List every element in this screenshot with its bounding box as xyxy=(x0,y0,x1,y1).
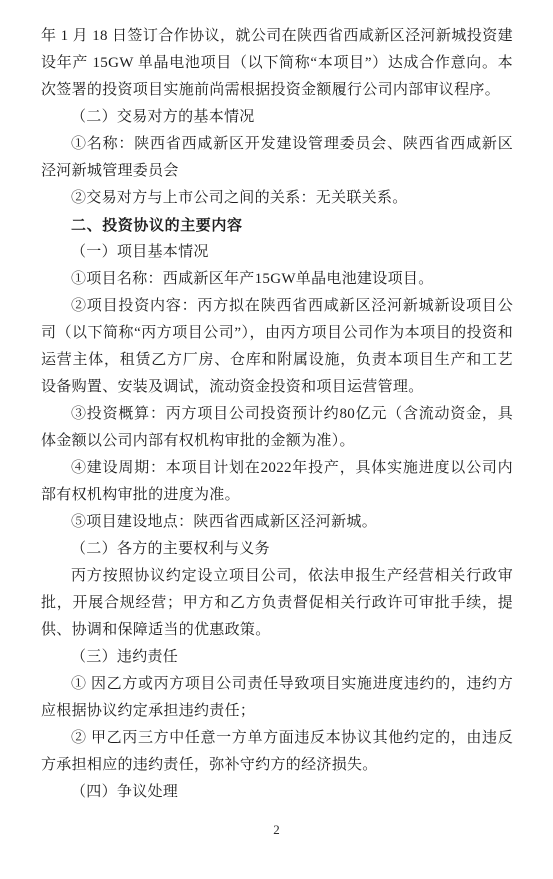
section-heading: 二、投资协议的主要内容 xyxy=(41,212,513,239)
subsection-heading: （一）项目基本情况 xyxy=(41,239,513,266)
paragraph: ① 因乙方或丙方项目公司责任导致项目实施进度违约的，违约方应根据协议约定承担违约… xyxy=(41,671,513,725)
paragraph-continuation: 年 1 月 18 日签订合作协议，就公司在陕西省西咸新区泾河新城投资建设年产 1… xyxy=(41,23,513,104)
subsection-heading: （三）违约责任 xyxy=(41,644,513,671)
paragraph: ①项目名称：西咸新区年产15GW单晶电池建设项目。 xyxy=(41,266,513,293)
paragraph: ② 甲乙丙三方中任意一方单方面违反本协议其他约定的，由违反方承担相应的违约责任，… xyxy=(41,725,513,779)
paragraph: 丙方按照协议约定设立项目公司，依法申报生产经营相关行政审批，开展合规经营；甲方和… xyxy=(41,563,513,644)
subsection-heading: （二）各方的主要权利与义务 xyxy=(41,536,513,563)
paragraph: ④建设周期：本项目计划在2022年投产，具体实施进度以公司内部有权机构审批的进度… xyxy=(41,455,513,509)
paragraph: ①名称：陕西省西咸新区开发建设管理委员会、陕西省西咸新区泾河新城管理委员会 xyxy=(41,131,513,185)
document-body: 年 1 月 18 日签订合作协议，就公司在陕西省西咸新区泾河新城投资建设年产 1… xyxy=(41,23,513,806)
page-number: 2 xyxy=(0,822,553,838)
paragraph: ②项目投资内容：丙方拟在陕西省西咸新区泾河新城新设项目公司（以下简称“丙方项目公… xyxy=(41,293,513,401)
subsection-heading: （四）争议处理 xyxy=(41,779,513,806)
document-page: 年 1 月 18 日签订合作协议，就公司在陕西省西咸新区泾河新城投资建设年产 1… xyxy=(0,0,553,879)
paragraph: ⑤项目建设地点：陕西省西咸新区泾河新城。 xyxy=(41,509,513,536)
paragraph: ②交易对方与上市公司之间的关系：无关联关系。 xyxy=(41,185,513,212)
paragraph: ③投资概算：丙方项目公司投资预计约80亿元（含流动资金，具体金额以公司内部有权机… xyxy=(41,401,513,455)
subsection-heading: （二）交易对方的基本情况 xyxy=(41,104,513,131)
